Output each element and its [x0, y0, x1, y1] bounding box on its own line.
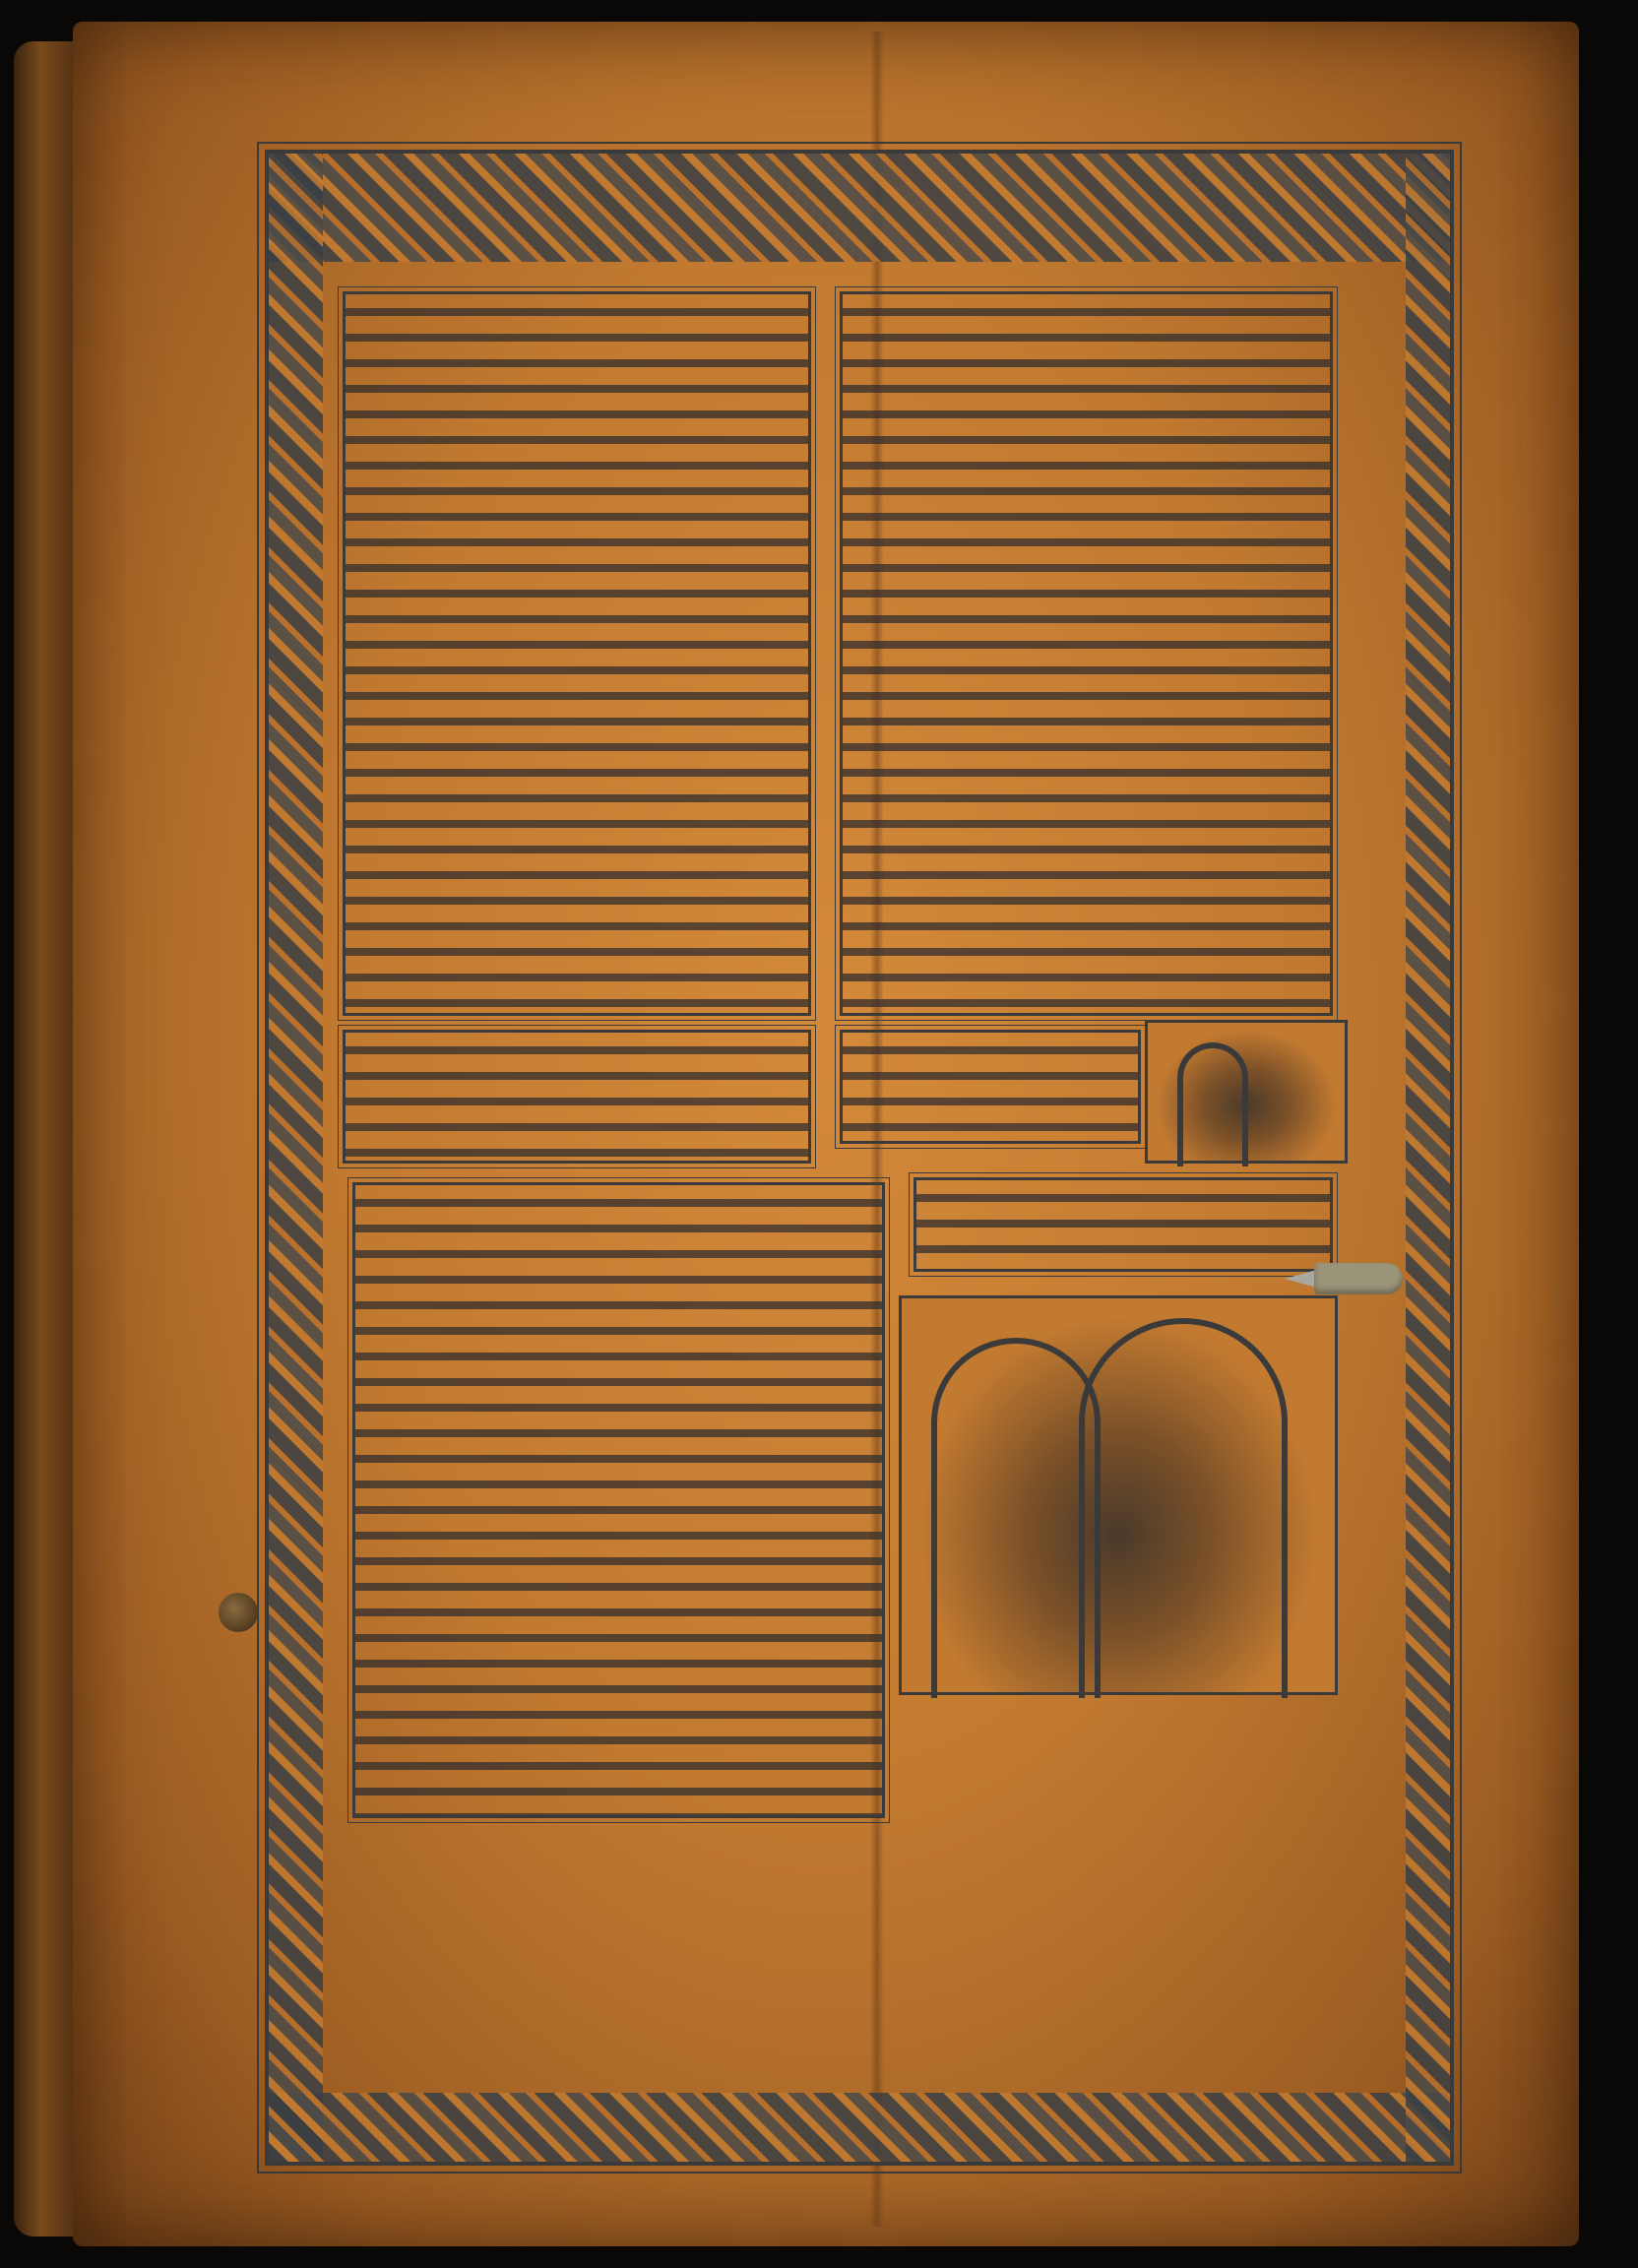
book [14, 22, 1608, 2256]
text-block-left-strip [343, 1030, 811, 1164]
text-block-right-strip [840, 1030, 1141, 1144]
decorative-frame [265, 150, 1454, 2166]
large-archway-illustration [899, 1295, 1338, 1695]
clasp-stud [219, 1593, 258, 1632]
pen-body [1314, 1263, 1403, 1294]
vine-border-right [1406, 154, 1450, 2162]
arch-shape [1177, 1042, 1248, 1166]
text-block-bottom-left [352, 1182, 885, 1818]
left-arch [931, 1338, 1101, 1698]
right-arch [1079, 1318, 1288, 1698]
vine-border-bottom [269, 2093, 1450, 2162]
small-archway-illustration [1145, 1020, 1348, 1164]
text-block-caption-box [913, 1177, 1333, 1272]
text-block-right-column [840, 291, 1333, 1016]
text-block-left-column [343, 291, 811, 1016]
vine-border-left [269, 154, 323, 2162]
fountain-pen [1285, 1263, 1403, 1294]
vine-border-top [269, 154, 1450, 262]
